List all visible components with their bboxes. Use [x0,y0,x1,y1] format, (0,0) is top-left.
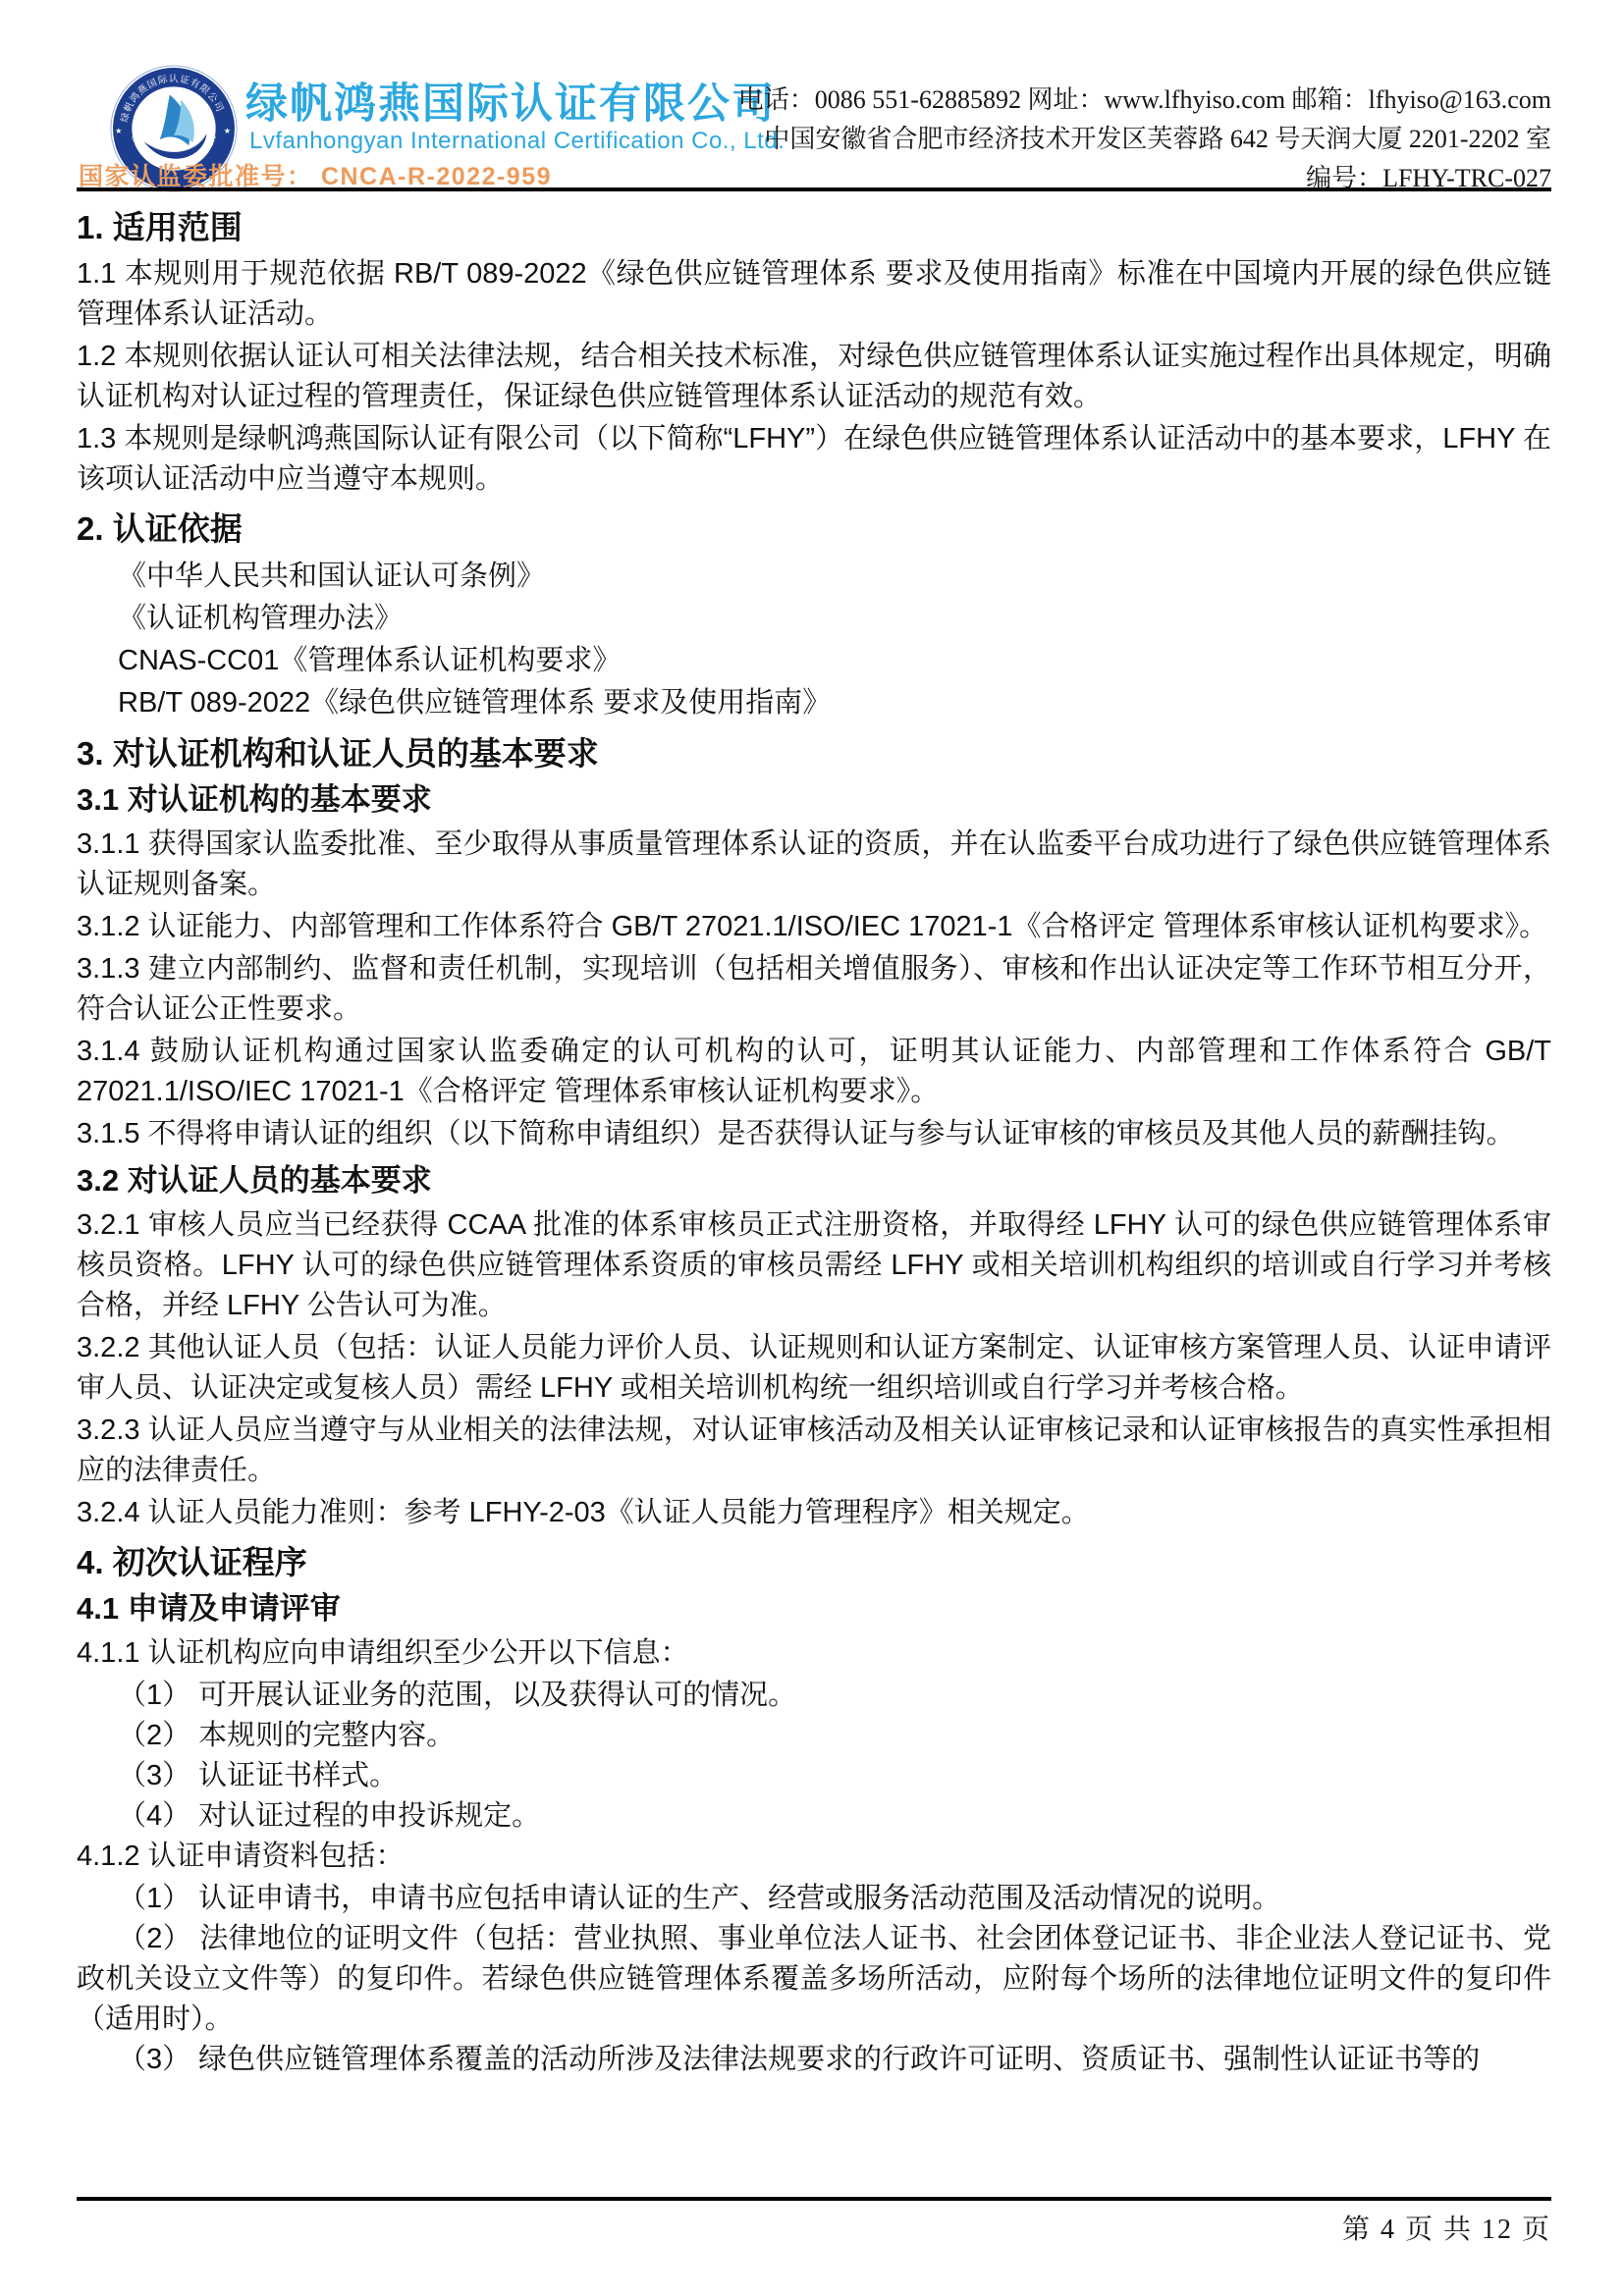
logo-star-right: ★ [224,127,231,135]
paragraph: 3.1.2 认证能力、内部管理和工作体系符合 GB/T 27021.1/ISO/… [77,907,1551,947]
paragraph: 3.1.4 鼓励认证机构通过国家认监委确定的认可机构的认可，证明其认证能力、内部… [77,1032,1551,1112]
company-name: 绿帆鸿燕国际认证有限公司 [245,71,776,131]
reference-item: 《中华人民共和国认证认可条例》 [77,556,1551,598]
section-heading: 2. 认证依据 [77,509,1551,549]
contact-line-address: 中国安徽省合肥市经济技术开发区芙蓉路 642 号天润大厦 2201-2202 室 [738,120,1551,159]
paragraph: 4.1.1 认证机构应向申请组织至少公开以下信息： [77,1633,1551,1674]
list-item: （1） 认证申请书，申请书应包括申请认证的生产、经营或服务活动范围及活动情况的说… [77,1879,1551,1919]
footer-divider [77,2197,1551,2201]
paragraph: 1.3 本规则是绿帆鸿燕国际认证有限公司（以下简称“LFHY”）在绿色供应链管理… [77,419,1551,500]
list-item: （4） 对认证过程的申投诉规定。 [77,1796,1551,1837]
paragraph: 4.1.2 认证申请资料包括： [77,1837,1551,1877]
company-name-en: Lvfanhongyan International Certification… [249,128,785,155]
section-heading: 4. 初次认证程序 [77,1543,1551,1582]
list-item: （2） 本规则的完整内容。 [77,1716,1551,1756]
paragraph: 3.2.2 其他认证人员（包括：认证人员能力评价人员、认证规则和认证方案制定、认… [77,1328,1551,1409]
paragraph: 3.1.5 不得将申请认证的组织（以下简称申请组织）是否获得认证与参与认证审核的… [77,1114,1551,1154]
list-item: （3） 绿色供应链管理体系覆盖的活动所涉及法律法规要求的行政许可证明、资质证书、… [77,2040,1551,2080]
header-divider [77,187,1551,191]
subsection-heading: 4.1 申请及申请评审 [77,1590,1551,1628]
reference-item: RB/T 089-2022《绿色供应链管理体系 要求及使用指南》 [77,682,1551,724]
subsection-heading: 3.1 对认证机构的基本要求 [77,781,1551,819]
subsection-heading: 3.2 对认证人员的基本要求 [77,1162,1551,1200]
paragraph: 1.1 本规则用于规范依据 RB/T 089-2022《绿色供应链管理体系 要求… [77,254,1551,335]
paragraph: 1.2 本规则依据认证认可相关法律法规，结合相关技术标准，对绿色供应链管理体系认… [77,337,1551,417]
contact-info: 电话：0086 551-62885892 网址：www.lfhyiso.com … [738,80,1551,198]
reference-item: CNAS-CC01《管理体系认证机构要求》 [77,640,1551,682]
contact-line-phone: 电话：0086 551-62885892 网址：www.lfhyiso.com … [738,80,1551,120]
page-number: 第 4 页 共 12 页 [1342,2208,1551,2247]
list-item: （2） 法律地位的证明文件（包括：营业执照、事业单位法人证书、社会团体登记证书、… [77,1919,1551,2040]
list-item: （3） 认证证书样式。 [77,1756,1551,1796]
paragraph: 3.1.1 获得国家认监委批准、至少取得从事质量管理体系认证的资质，并在认监委平… [77,825,1551,905]
document-number: 编号：LFHY-TRC-027 [738,159,1551,198]
logo-star-left: ★ [115,127,122,135]
paragraph: 3.2.4 认证人员能力准则：参考 LFHY-2-03《认证人员能力管理程序》相… [77,1493,1551,1533]
paragraph: 3.2.1 审核人员应当已经获得 CCAA 批准的体系审核员正式注册资格，并取得… [77,1205,1551,1326]
paragraph: 3.1.3 建立内部制约、监督和责任机制，实现培训（包括相关增值服务）、审核和作… [77,949,1551,1030]
section-heading: 3. 对认证机构和认证人员的基本要求 [77,734,1551,774]
document-page: 绿帆鸿燕国际认证有限公司 LVFANHONGYAN INTERNATIONAL … [0,0,1624,2296]
document-body: 1. 适用范围1.1 本规则用于规范依据 RB/T 089-2022《绿色供应链… [77,202,1551,2080]
reference-item: 《认证机构管理办法》 [77,598,1551,640]
section-heading: 1. 适用范围 [77,208,1551,247]
list-item: （1） 可开展认证业务的范围，以及获得认可的情况。 [77,1676,1551,1716]
paragraph: 3.2.3 认证人员应当遵守与从业相关的法律法规，对认证审核活动及相关认证审核记… [77,1411,1551,1491]
